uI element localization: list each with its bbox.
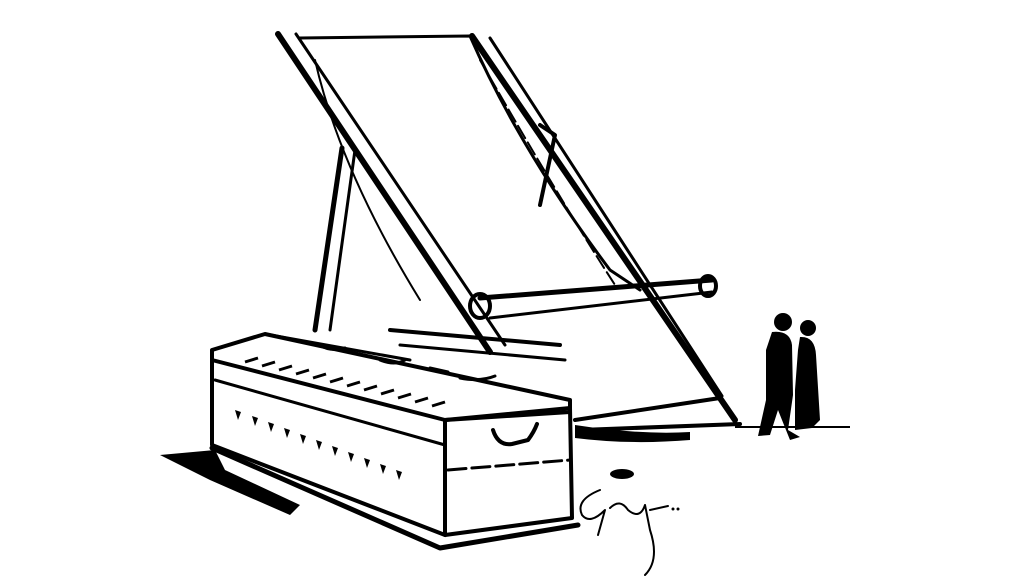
artist-signature bbox=[580, 490, 679, 575]
couple-silhouette bbox=[735, 313, 850, 440]
harmonium bbox=[160, 334, 690, 548]
illustration bbox=[0, 0, 1024, 576]
deck-chair bbox=[278, 34, 740, 430]
